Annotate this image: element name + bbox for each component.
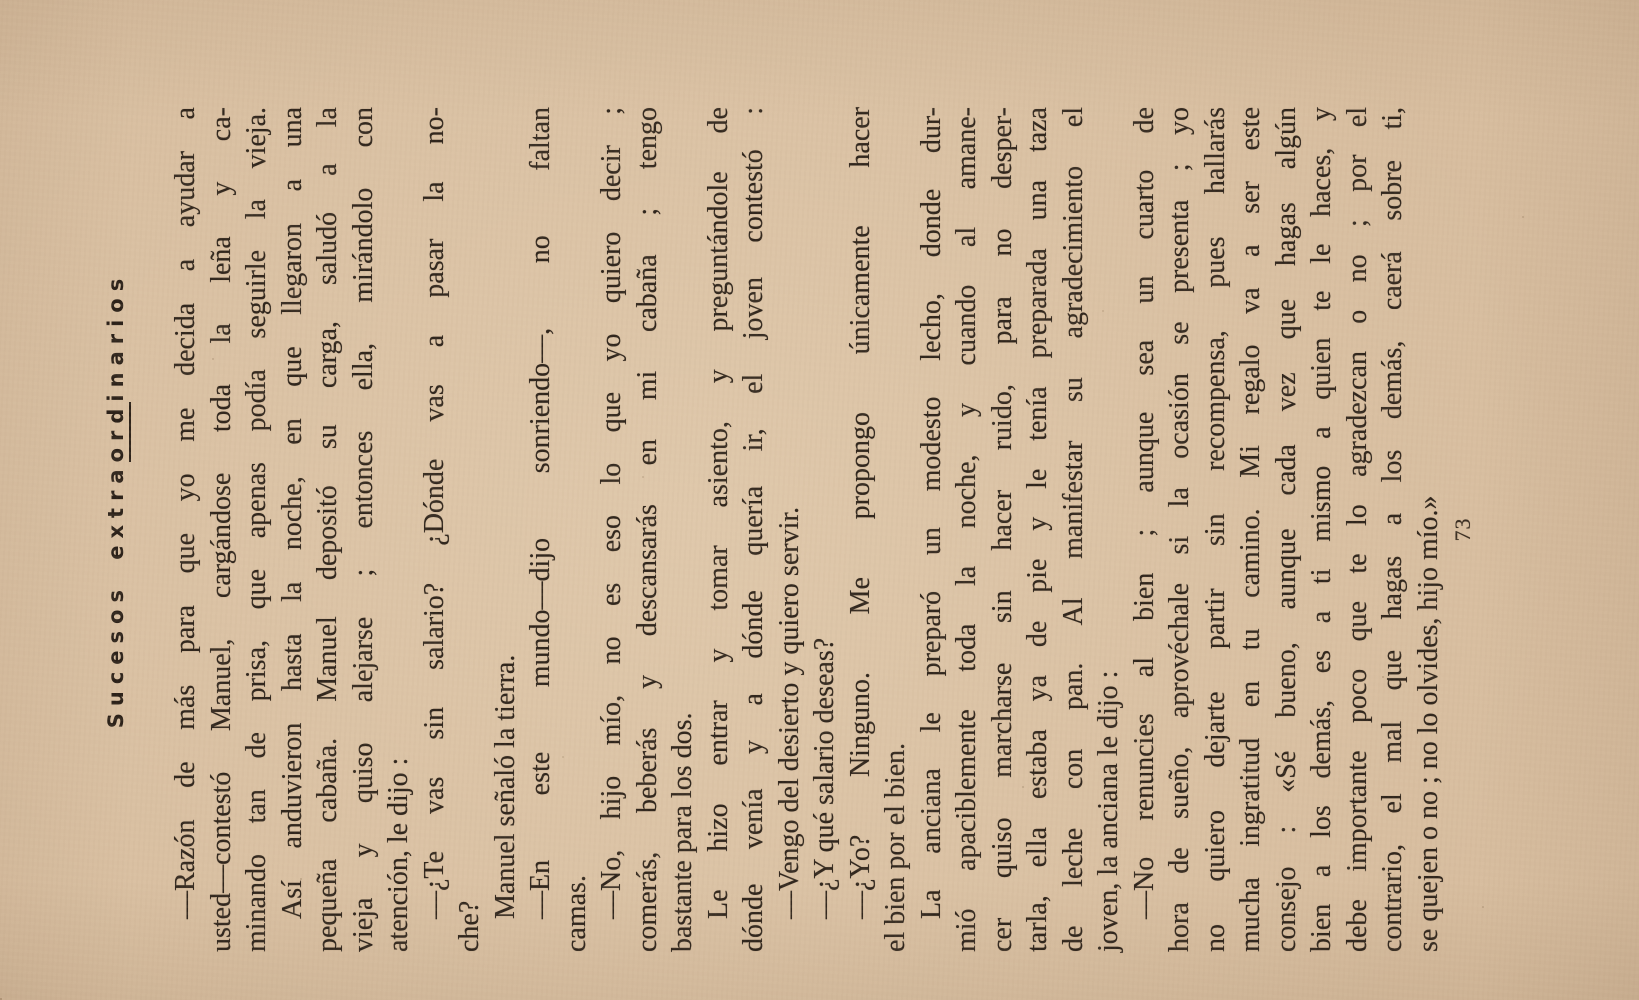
text-line: usted—contestó Manuel, cargándose toda l… — [204, 107, 240, 952]
text-line: —¿Te vas sin salario? ¿Dónde vas a pasar… — [417, 107, 453, 952]
running-head: Sucesos extraordinarios — [104, 0, 128, 1000]
text-line: hora de sueño, aprovéchale si la ocasión… — [1162, 107, 1198, 952]
text-line: debe importante poco que te lo agradezca… — [1340, 107, 1376, 952]
text-line: bastante para los dos. — [665, 107, 701, 952]
text-line: camas. — [559, 107, 595, 952]
text-line: comerás, beberás y descansarás en mi cab… — [630, 107, 666, 952]
text-line: minando tan de prisa, que apenas podía s… — [239, 107, 275, 952]
text-line: pequeña cabaña. Manuel depositó su carga… — [310, 107, 346, 952]
text-line: tarla, ella estaba ya de pie y le tenía … — [1020, 107, 1056, 952]
text-line: —En este mundo—dijo sonriendo—, no falta… — [523, 107, 559, 952]
text-line: joven, la anciana le dijo : — [1091, 107, 1127, 952]
page-number: 73 — [1450, 107, 1476, 952]
text-line: de leche con pan. Al manifestar su agrad… — [1056, 107, 1092, 952]
text-line: —¿Y qué salario deseas? — [807, 107, 843, 952]
text-line: bien a los demás, es a ti mismo a quien … — [1304, 107, 1340, 952]
text-line: atención, le dijo : — [381, 107, 417, 952]
text-line: —Razón de más para que yo me decida a ay… — [168, 107, 204, 952]
text-line: —No, hijo mío, no es eso lo que yo quier… — [594, 107, 630, 952]
text-line: mió apaciblemente toda la noche, y cuand… — [949, 107, 985, 952]
text-line: Manuel señaló la tierra. — [488, 107, 524, 952]
text-line: —¿Yo? Ninguno. Me propongo únicamente ha… — [843, 107, 879, 952]
running-head-text-underlined: ord — [104, 402, 131, 463]
scanned-book-photo: Sucesos extraordinarios —Razón de más pa… — [0, 0, 1639, 1000]
text-line: La anciana le preparó un modesto lecho, … — [914, 107, 950, 952]
text-line: mucha ingratitud en tu camino. Mi regalo… — [1233, 107, 1269, 952]
text-line: se quejen o no ; no lo olvides, hijo mío… — [1411, 107, 1447, 952]
running-head-text-prefix: Sucesos extra — [104, 462, 128, 728]
text-line: dónde venía y a dónde quería ir, el jove… — [736, 107, 772, 952]
text-line: Le hizo entrar y tomar asiento, y pregun… — [701, 107, 737, 952]
text-line: —No renuncies al bien ; aunque sea un cu… — [1127, 107, 1163, 952]
text-line: che? — [452, 107, 488, 952]
text-block: —Razón de más para que yo me decida a ay… — [168, 107, 1446, 952]
text-line: consejo : «Sé bueno, aunque cada vez que… — [1269, 107, 1305, 952]
book-page: Sucesos extraordinarios —Razón de más pa… — [0, 0, 1639, 1000]
text-line: Así anduvieron hasta la noche, en que ll… — [275, 107, 311, 952]
text-line: contrario, el mal que hagas a los demás,… — [1375, 107, 1411, 952]
text-line: vieja y quiso alejarse ; entonces ella, … — [346, 107, 382, 952]
text-line: —Vengo del desierto y quiero servir. — [772, 107, 808, 952]
text-line: el bien por el bien. — [878, 107, 914, 952]
running-head-text-suffix: inarios — [104, 272, 128, 402]
text-line: cer quiso marcharse sin hacer ruido, par… — [985, 107, 1021, 952]
text-line: no quiero dejarte partir sin recompensa,… — [1198, 107, 1234, 952]
